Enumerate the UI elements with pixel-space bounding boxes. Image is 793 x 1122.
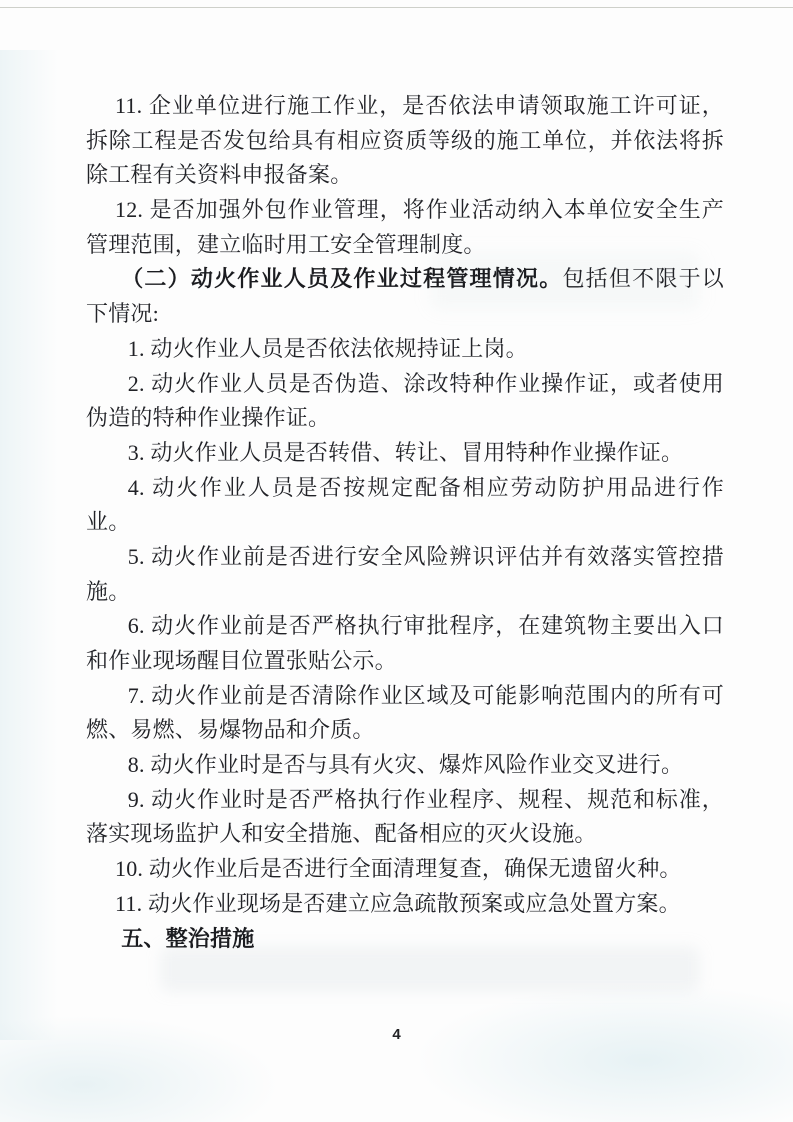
text-run: 3. 动火作业人员是否转借、转让、冒用特种作业操作证。 bbox=[128, 440, 683, 465]
paragraph-line: 拆除工程是否发包给具有相应资质等级的施工单位，并依法将拆 bbox=[86, 124, 724, 159]
paragraph-line: 施。 bbox=[86, 575, 724, 610]
paragraph-line: 6. 动火作业前是否严格执行审批程序，在建筑物主要出入口 bbox=[86, 609, 724, 644]
paragraph-line: 1. 动火作业人员是否依法依规持证上岗。 bbox=[86, 332, 724, 367]
paragraph-line: 燃、易燃、易爆物品和介质。 bbox=[86, 713, 724, 748]
scan-artifact bbox=[420, 985, 793, 1122]
document-body: 11. 企业单位进行施工作业，是否依法申请领取施工许可证， 拆除工程是否发包给具… bbox=[86, 89, 724, 956]
paragraph-line: 除工程有关资料申报备案。 bbox=[86, 158, 724, 193]
paragraph-line: 落实现场监护人和安全措施、配备相应的灭火设施。 bbox=[86, 817, 724, 852]
text-run: 6. 动火作业前是否严格执行审批程序，在建筑物主要出入口 bbox=[128, 613, 724, 638]
text-run: 8. 动火作业时是否与具有火灾、爆炸风险作业交叉进行。 bbox=[128, 752, 683, 777]
text-run: 12. 是否加强外包作业管理，将作业活动纳入本单位安全生产 bbox=[115, 197, 724, 222]
paragraph-line: 2. 动火作业人员是否伪造、涂改特种作业操作证，或者使用 bbox=[86, 367, 724, 402]
page-number: 4 bbox=[0, 1026, 793, 1043]
text-run: 落实现场监护人和安全措施、配备相应的灭火设施。 bbox=[86, 821, 597, 846]
text-run: 燃、易燃、易爆物品和介质。 bbox=[86, 717, 375, 742]
text-run: 10. 动火作业后是否进行全面清理复查，确保无遗留火种。 bbox=[115, 856, 682, 881]
paragraph-line: 下情况: bbox=[86, 297, 724, 332]
text-run: 伪造的特种作业操作证。 bbox=[86, 405, 330, 430]
text-run: 5. 动火作业前是否进行安全风险辨识评估并有效落实管控措 bbox=[128, 544, 724, 569]
paragraph-line: 12. 是否加强外包作业管理，将作业活动纳入本单位安全生产 bbox=[86, 193, 724, 228]
text-run: 管理范围，建立临时用工安全管理制度。 bbox=[86, 232, 486, 257]
text-run: 业。 bbox=[86, 509, 130, 534]
subsection-heading-line: （二）动火作业人员及作业过程管理情况。包括但不限于以 bbox=[86, 262, 724, 297]
scan-artifact bbox=[0, 50, 58, 1040]
text-run: 和作业现场醒目位置张贴公示。 bbox=[86, 648, 397, 673]
section-heading: 五、整治措施 bbox=[86, 922, 724, 957]
paragraph-line: 11. 动火作业现场是否建立应急疏散预案或应急处置方案。 bbox=[86, 887, 724, 922]
scan-edge-line bbox=[0, 7, 793, 8]
text-run: 7. 动火作业前是否清除作业区域及可能影响范围内的所有可 bbox=[128, 683, 724, 708]
text-run: 4. 动火作业人员是否按规定配备相应劳动防护用品进行作 bbox=[128, 475, 724, 500]
text-run: 包括但不限于以 bbox=[562, 266, 724, 291]
text-run: 11. 企业单位进行施工作业，是否依法申请领取施工许可证， bbox=[115, 93, 724, 118]
paragraph-line: 3. 动火作业人员是否转借、转让、冒用特种作业操作证。 bbox=[86, 436, 724, 471]
paragraph-line: 管理范围，建立临时用工安全管理制度。 bbox=[86, 228, 724, 263]
paragraph-line: 业。 bbox=[86, 505, 724, 540]
text-run: 施。 bbox=[86, 579, 130, 604]
text-run: 9. 动火作业时是否严格执行作业程序、规程、规范和标准， bbox=[128, 787, 724, 812]
text-run: 拆除工程是否发包给具有相应资质等级的施工单位，并依法将拆 bbox=[86, 128, 724, 153]
paragraph-line: 5. 动火作业前是否进行安全风险辨识评估并有效落实管控措 bbox=[86, 540, 724, 575]
text-run: 下情况: bbox=[86, 301, 159, 326]
text-run: 除工程有关资料申报备案。 bbox=[86, 162, 352, 187]
bold-run: （二）动火作业人员及作业过程管理情况。 bbox=[121, 266, 562, 291]
paragraph-line: 8. 动火作业时是否与具有火灾、爆炸风险作业交叉进行。 bbox=[86, 748, 724, 783]
paragraph-line: 和作业现场醒目位置张贴公示。 bbox=[86, 644, 724, 679]
text-run: 1. 动火作业人员是否依法依规持证上岗。 bbox=[128, 336, 528, 361]
paragraph-line: 7. 动火作业前是否清除作业区域及可能影响范围内的所有可 bbox=[86, 679, 724, 714]
paragraph-line: 9. 动火作业时是否严格执行作业程序、规程、规范和标准， bbox=[86, 783, 724, 818]
paragraph-line: 伪造的特种作业操作证。 bbox=[86, 401, 724, 436]
paragraph-line: 10. 动火作业后是否进行全面清理复查，确保无遗留火种。 bbox=[86, 852, 724, 887]
paragraph-line: 4. 动火作业人员是否按规定配备相应劳动防护用品进行作 bbox=[86, 471, 724, 506]
text-run: 2. 动火作业人员是否伪造、涂改特种作业操作证，或者使用 bbox=[128, 371, 724, 396]
bold-run: 五、整治措施 bbox=[121, 926, 254, 951]
document-page: 11. 企业单位进行施工作业，是否依法申请领取施工许可证， 拆除工程是否发包给具… bbox=[0, 0, 793, 1122]
paragraph-line: 11. 企业单位进行施工作业，是否依法申请领取施工许可证， bbox=[86, 89, 724, 124]
text-run: 11. 动火作业现场是否建立应急疏散预案或应急处置方案。 bbox=[115, 891, 681, 916]
